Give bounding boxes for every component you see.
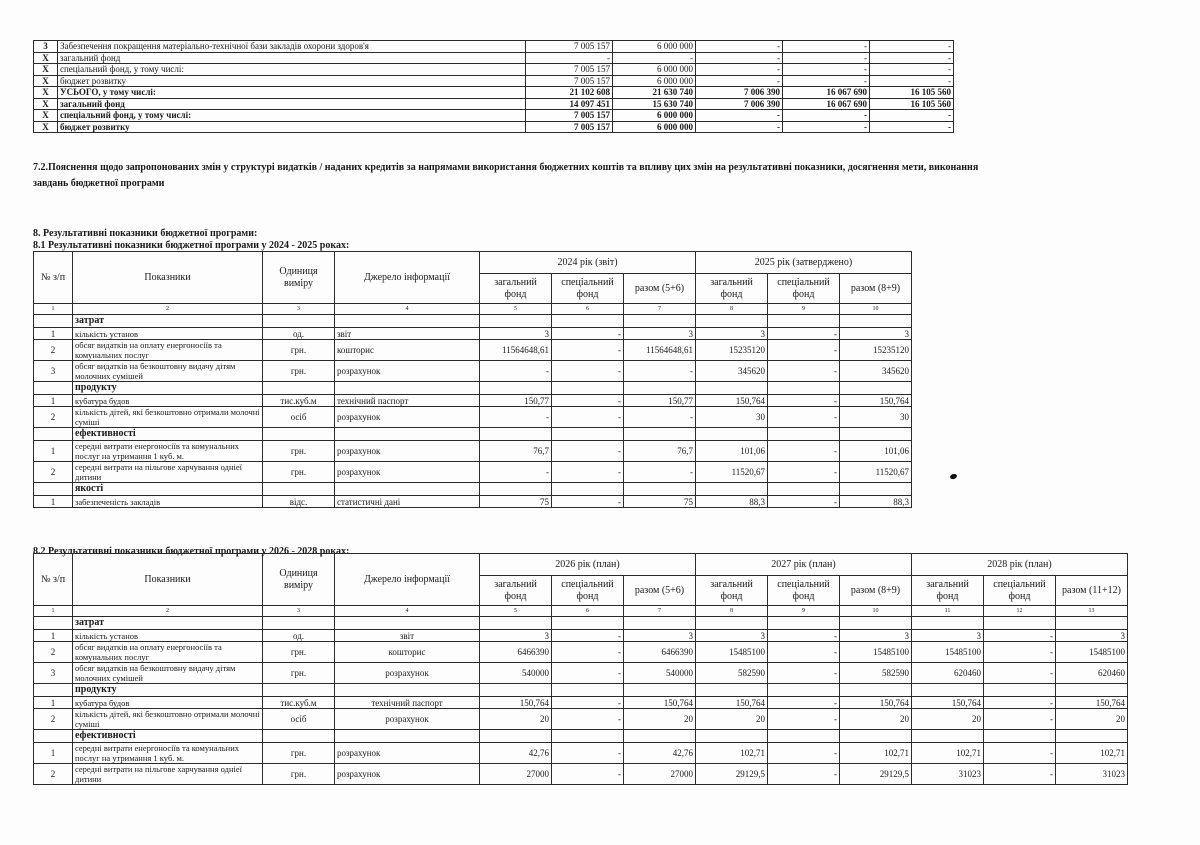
table-row: 1середні витрати енергоносіїв та комунал… xyxy=(34,441,912,462)
category-label: затрат xyxy=(73,617,263,630)
unit: грн. xyxy=(263,340,335,361)
empty-cell xyxy=(696,483,768,496)
amount-cell: 16 105 560 xyxy=(870,98,954,110)
special-fund-header: спеціальний фонд xyxy=(768,274,840,304)
empty-cell xyxy=(768,382,840,395)
amount-cell: - xyxy=(783,52,870,64)
column-number: 7 xyxy=(624,606,696,617)
value-cell: 150,764 xyxy=(840,395,912,407)
row-label: загальний фонд xyxy=(58,98,526,110)
unit: відс. xyxy=(263,496,335,508)
value-cell: 27000 xyxy=(480,764,552,785)
category-label: продукту xyxy=(73,684,263,697)
value-cell: - xyxy=(984,743,1056,764)
value-cell: - xyxy=(768,340,840,361)
row-label: бюджет розвитку xyxy=(58,121,526,133)
value-cell: - xyxy=(768,663,840,684)
value-cell: 6466390 xyxy=(480,642,552,663)
value-cell: 150,764 xyxy=(480,697,552,709)
empty-cell xyxy=(768,428,840,441)
table-row: Хспеціальний фонд, у тому числі:7 005 15… xyxy=(34,64,954,76)
value-cell: 15235120 xyxy=(840,340,912,361)
empty-cell xyxy=(263,730,335,743)
value-cell: 76,7 xyxy=(480,441,552,462)
value-cell: 29129,5 xyxy=(840,764,912,785)
indicator-name: кількість дітей, які безкоштовно отримал… xyxy=(73,709,263,730)
column-number: 3 xyxy=(263,606,335,617)
value-cell: 31023 xyxy=(912,764,984,785)
special-fund-header: спеціальний фонд xyxy=(984,576,1056,606)
value-cell: 150,764 xyxy=(912,697,984,709)
amount-cell: - xyxy=(696,41,783,53)
source: розрахунок xyxy=(335,361,480,382)
empty-cell xyxy=(263,315,335,328)
unit: тис.куб.м xyxy=(263,697,335,709)
value-cell: 11520,67 xyxy=(840,462,912,483)
value-cell: 3 xyxy=(480,328,552,340)
amount-cell: 16 067 690 xyxy=(783,98,870,110)
empty-cell xyxy=(480,382,552,395)
source: звіт xyxy=(335,328,480,340)
value-cell: 30 xyxy=(840,407,912,428)
section-7-2-note: 7.2.Пояснення щодо запропонованих змін у… xyxy=(33,160,983,192)
value-cell: 75 xyxy=(480,496,552,508)
table-row: 3обсяг видатків на безкоштовну видачу ді… xyxy=(34,663,1128,684)
source: технічний паспорт xyxy=(335,697,480,709)
col-unit-header: Одиниця виміру xyxy=(263,554,335,606)
amount-cell: 6 000 000 xyxy=(613,64,696,76)
empty-cell xyxy=(335,730,480,743)
total-header: разом (5+6) xyxy=(624,274,696,304)
indicator-name: середні витрати на пільгове харчування о… xyxy=(73,462,263,483)
amount-cell: 7 005 157 xyxy=(526,75,613,87)
empty-cell xyxy=(696,382,768,395)
value-cell: 20 xyxy=(624,709,696,730)
empty-cell xyxy=(263,617,335,630)
column-number: 7 xyxy=(624,304,696,315)
table-row: Хбюджет розвитку7 005 1576 000 000--- xyxy=(34,121,954,133)
table-row: 3Забезпечення покращення матеріально-тех… xyxy=(34,41,954,53)
row-number: 2 xyxy=(34,462,73,483)
row-number: 3 xyxy=(34,41,58,53)
empty-cell xyxy=(335,483,480,496)
value-cell: 15485100 xyxy=(1056,642,1128,663)
unit: грн. xyxy=(263,462,335,483)
general-fund-header: загальний фонд xyxy=(480,274,552,304)
amount-cell: 7 005 157 xyxy=(526,41,613,53)
value-cell: 3 xyxy=(840,328,912,340)
amount-cell: - xyxy=(783,75,870,87)
table-row: ХУСЬОГО, у тому числі:21 102 60821 630 7… xyxy=(34,87,954,99)
source: розрахунок xyxy=(335,764,480,785)
value-cell: 76,7 xyxy=(624,441,696,462)
empty-cell xyxy=(840,617,912,630)
year-header: 2026 рік (план) xyxy=(480,554,696,576)
indicator-name: обсяг видатків на безкоштовну видачу діт… xyxy=(73,663,263,684)
indicator-name: середні витрати енергоносіїв та комуналь… xyxy=(73,743,263,764)
col-num-header: № з/п xyxy=(34,252,73,304)
general-fund-header: загальний фонд xyxy=(696,274,768,304)
value-cell: 150,764 xyxy=(696,395,768,407)
column-number: 12 xyxy=(984,606,1056,617)
empty-cell xyxy=(768,315,840,328)
value-cell: 3 xyxy=(1056,630,1128,642)
amount-cell: - xyxy=(613,52,696,64)
value-cell: - xyxy=(984,663,1056,684)
special-fund-header: спеціальний фонд xyxy=(552,274,624,304)
value-cell: 3 xyxy=(696,328,768,340)
empty-cell xyxy=(696,617,768,630)
column-number: 6 xyxy=(552,304,624,315)
row-number: 1 xyxy=(34,395,73,407)
unit: грн. xyxy=(263,743,335,764)
amount-cell: - xyxy=(870,75,954,87)
value-cell: - xyxy=(552,407,624,428)
value-cell: 345620 xyxy=(840,361,912,382)
value-cell: - xyxy=(984,642,1056,663)
value-cell: - xyxy=(624,361,696,382)
value-cell: 88,3 xyxy=(840,496,912,508)
empty-cell xyxy=(552,315,624,328)
table-row: Хспеціальний фонд, у тому числі:7 005 15… xyxy=(34,110,954,122)
total-header: разом (8+9) xyxy=(840,576,912,606)
row-number: 2 xyxy=(34,642,73,663)
value-cell: - xyxy=(768,743,840,764)
amount-cell: - xyxy=(870,110,954,122)
category-row: продукту xyxy=(34,382,912,395)
empty-cell xyxy=(480,428,552,441)
source: кошторис xyxy=(335,340,480,361)
table-row: 1 кубатура будовтис.куб.мтехнічний паспо… xyxy=(34,395,912,407)
empty-cell xyxy=(984,684,1056,697)
empty-cell xyxy=(768,483,840,496)
empty-cell xyxy=(768,684,840,697)
column-number: 1 xyxy=(34,304,73,315)
empty-cell xyxy=(624,315,696,328)
category-label: продукту xyxy=(73,382,263,395)
general-fund-header: загальний фонд xyxy=(696,576,768,606)
row-number: Х xyxy=(34,98,58,110)
value-cell: 20 xyxy=(696,709,768,730)
empty-cell xyxy=(34,382,73,395)
indicator-name: обсяг видатків на оплату енергоносіїв та… xyxy=(73,642,263,663)
scan-speck xyxy=(949,473,957,480)
col-source-header: Джерело інформації xyxy=(335,554,480,606)
value-cell: - xyxy=(768,462,840,483)
value-cell: - xyxy=(768,328,840,340)
amount-cell: - xyxy=(696,52,783,64)
empty-cell xyxy=(34,483,73,496)
value-cell: 150,764 xyxy=(840,697,912,709)
empty-cell xyxy=(984,617,1056,630)
empty-cell xyxy=(912,617,984,630)
amount-cell: 16 067 690 xyxy=(783,87,870,99)
row-number: 3 xyxy=(34,361,73,382)
value-cell: - xyxy=(768,395,840,407)
value-cell: 102,71 xyxy=(912,743,984,764)
value-cell: - xyxy=(552,441,624,462)
amount-cell: 7 005 157 xyxy=(526,110,613,122)
amount-cell: 7 005 157 xyxy=(526,64,613,76)
col-source-header: Джерело інформації xyxy=(335,252,480,304)
column-numbers-row: 12345678910 xyxy=(34,304,912,315)
indicator-name: обсяг видатків на безкоштовну видачу діт… xyxy=(73,361,263,382)
value-cell: - xyxy=(624,407,696,428)
empty-cell xyxy=(34,730,73,743)
value-cell: - xyxy=(552,709,624,730)
unit: од. xyxy=(263,328,335,340)
row-label: спеціальний фонд, у тому числі: xyxy=(58,64,526,76)
value-cell: 42,76 xyxy=(480,743,552,764)
value-cell: 15235120 xyxy=(696,340,768,361)
value-cell: - xyxy=(552,496,624,508)
amount-cell: - xyxy=(870,64,954,76)
value-cell: - xyxy=(552,743,624,764)
value-cell: 20 xyxy=(480,709,552,730)
special-fund-header: спеціальний фонд xyxy=(552,576,624,606)
column-number: 9 xyxy=(768,304,840,315)
indicator-name: середні витрати енергоносіїв та комуналь… xyxy=(73,441,263,462)
column-number: 10 xyxy=(840,304,912,315)
general-fund-header: загальний фонд xyxy=(480,576,552,606)
value-cell: - xyxy=(552,642,624,663)
value-cell: 620460 xyxy=(1056,663,1128,684)
source: розрахунок xyxy=(335,441,480,462)
empty-cell xyxy=(480,730,552,743)
unit: грн. xyxy=(263,441,335,462)
row-number: 2 xyxy=(34,764,73,785)
value-cell: - xyxy=(624,462,696,483)
value-cell: 3 xyxy=(624,630,696,642)
source: розрахунок xyxy=(335,407,480,428)
value-cell: 29129,5 xyxy=(696,764,768,785)
value-cell: - xyxy=(768,709,840,730)
empty-cell xyxy=(696,428,768,441)
source: розрахунок xyxy=(335,462,480,483)
table-row: 1забезпеченість закладіввідс.статистичні… xyxy=(34,496,912,508)
value-cell: 20 xyxy=(1056,709,1128,730)
table-row: 1середні витрати енергоносіїв та комунал… xyxy=(34,743,1128,764)
row-number: 3 xyxy=(34,663,73,684)
row-number: Х xyxy=(34,52,58,64)
amount-cell: 16 105 560 xyxy=(870,87,954,99)
empty-cell xyxy=(1056,617,1128,630)
source: статистичні дані xyxy=(335,496,480,508)
value-cell: 20 xyxy=(912,709,984,730)
value-cell: - xyxy=(768,441,840,462)
empty-cell xyxy=(624,684,696,697)
empty-cell xyxy=(34,315,73,328)
value-cell: 540000 xyxy=(480,663,552,684)
performance-table-2026-2028: № з/п Показники Одиниця виміру Джерело і… xyxy=(33,553,1128,785)
amount-cell: 21 102 608 xyxy=(526,87,613,99)
value-cell: - xyxy=(768,407,840,428)
value-cell: 11564648,61 xyxy=(624,340,696,361)
col-num-header: № з/п xyxy=(34,554,73,606)
value-cell: 27000 xyxy=(624,764,696,785)
value-cell: 102,71 xyxy=(696,743,768,764)
empty-cell xyxy=(335,684,480,697)
value-cell: - xyxy=(480,462,552,483)
row-number: 1 xyxy=(34,743,73,764)
value-cell: - xyxy=(552,340,624,361)
col-unit-header: Одиниця виміру xyxy=(263,252,335,304)
empty-cell xyxy=(335,315,480,328)
value-cell: 540000 xyxy=(624,663,696,684)
source: розрахунок xyxy=(335,709,480,730)
table-row: 3обсяг видатків на безкоштовну видачу ді… xyxy=(34,361,912,382)
empty-cell xyxy=(840,382,912,395)
amount-cell: 14 097 451 xyxy=(526,98,613,110)
value-cell: 150,764 xyxy=(624,697,696,709)
empty-cell xyxy=(552,617,624,630)
column-numbers-row: 12345678910111213 xyxy=(34,606,1128,617)
column-number: 2 xyxy=(73,304,263,315)
source: розрахунок xyxy=(335,743,480,764)
row-number: Х xyxy=(34,110,58,122)
column-number: 4 xyxy=(335,304,480,315)
amount-cell: 6 000 000 xyxy=(613,110,696,122)
amount-cell: 6 000 000 xyxy=(613,121,696,133)
empty-cell xyxy=(263,428,335,441)
value-cell: 11520,67 xyxy=(696,462,768,483)
value-cell: - xyxy=(552,663,624,684)
value-cell: 101,06 xyxy=(840,441,912,462)
value-cell: - xyxy=(768,361,840,382)
value-cell: 3 xyxy=(624,328,696,340)
indicator-name: кількість установ xyxy=(73,630,263,642)
column-number: 8 xyxy=(696,304,768,315)
value-cell: - xyxy=(552,630,624,642)
empty-cell xyxy=(768,730,840,743)
row-label: спеціальний фонд, у тому числі: xyxy=(58,110,526,122)
category-row: ефективності xyxy=(34,428,912,441)
year-header: 2024 рік (звіт) xyxy=(480,252,696,274)
row-number: 1 xyxy=(34,630,73,642)
empty-cell xyxy=(840,428,912,441)
empty-cell xyxy=(480,483,552,496)
source: технічний паспорт xyxy=(335,395,480,407)
table-row: 2обсяг видатків на оплату енергоносіїв т… xyxy=(34,340,912,361)
table-row: Хбюджет розвитку7 005 1576 000 000--- xyxy=(34,75,954,87)
empty-cell xyxy=(480,684,552,697)
indicator-name: середні витрати на пільгове харчування о… xyxy=(73,764,263,785)
value-cell: 42,76 xyxy=(624,743,696,764)
unit: осіб xyxy=(263,709,335,730)
amount-cell: - xyxy=(783,41,870,53)
source: кошторис xyxy=(335,642,480,663)
value-cell: 3 xyxy=(480,630,552,642)
amount-cell: - xyxy=(783,121,870,133)
value-cell: - xyxy=(984,630,1056,642)
empty-cell xyxy=(552,428,624,441)
col-indicators-header: Показники xyxy=(73,252,263,304)
table-row: 1кількість установод.звіт3-33-33-3 xyxy=(34,630,1128,642)
empty-cell xyxy=(552,483,624,496)
value-cell: - xyxy=(552,328,624,340)
table-row: Хзагальний фонд----- xyxy=(34,52,954,64)
empty-cell xyxy=(696,315,768,328)
value-cell: - xyxy=(984,697,1056,709)
row-label: Забезпечення покращення матеріально-техн… xyxy=(58,41,526,53)
category-row: ефективності xyxy=(34,730,1128,743)
value-cell: - xyxy=(984,764,1056,785)
value-cell: 582590 xyxy=(696,663,768,684)
amount-cell: - xyxy=(696,64,783,76)
total-header: разом (5+6) xyxy=(624,576,696,606)
empty-cell xyxy=(34,428,73,441)
value-cell: 6466390 xyxy=(624,642,696,663)
amount-cell: 6 000 000 xyxy=(613,41,696,53)
empty-cell xyxy=(840,684,912,697)
indicator-name: кількість дітей, які безкоштовно отримал… xyxy=(73,407,263,428)
column-number: 10 xyxy=(840,606,912,617)
amount-cell: - xyxy=(526,52,613,64)
empty-cell xyxy=(624,617,696,630)
value-cell: 102,71 xyxy=(1056,743,1128,764)
row-label: УСЬОГО, у тому числі: xyxy=(58,87,526,99)
row-number: 2 xyxy=(34,709,73,730)
row-number: 1 xyxy=(34,441,73,462)
empty-cell xyxy=(552,684,624,697)
amount-cell: 6 000 000 xyxy=(613,75,696,87)
value-cell: - xyxy=(552,697,624,709)
source: розрахунок xyxy=(335,663,480,684)
table-row: 2обсяг видатків на оплату енергоносіїв т… xyxy=(34,642,1128,663)
value-cell: 15485100 xyxy=(912,642,984,663)
category-label: якості xyxy=(73,483,263,496)
empty-cell xyxy=(624,428,696,441)
column-number: 1 xyxy=(34,606,73,617)
value-cell: - xyxy=(768,697,840,709)
performance-table-2024-2025: № з/п Показники Одиниця виміру Джерело і… xyxy=(33,251,912,508)
value-cell: - xyxy=(480,407,552,428)
value-cell: 20 xyxy=(840,709,912,730)
value-cell: 75 xyxy=(624,496,696,508)
table-row: 2кількість дітей, які безкоштовно отрима… xyxy=(34,407,912,428)
value-cell: 3 xyxy=(696,630,768,642)
category-row: затрат xyxy=(34,617,1128,630)
empty-cell xyxy=(552,730,624,743)
empty-cell xyxy=(34,684,73,697)
amount-cell: - xyxy=(870,52,954,64)
column-number: 2 xyxy=(73,606,263,617)
value-cell: - xyxy=(552,764,624,785)
value-cell: - xyxy=(768,630,840,642)
value-cell: 102,71 xyxy=(840,743,912,764)
row-number: 2 xyxy=(34,340,73,361)
value-cell: 31023 xyxy=(1056,764,1128,785)
unit: тис.куб.м xyxy=(263,395,335,407)
amount-cell: - xyxy=(783,64,870,76)
column-number: 4 xyxy=(335,606,480,617)
column-number: 5 xyxy=(480,606,552,617)
amount-cell: 7 005 157 xyxy=(526,121,613,133)
empty-cell xyxy=(624,483,696,496)
category-row: затрат xyxy=(34,315,912,328)
empty-cell xyxy=(912,684,984,697)
row-number: 2 xyxy=(34,407,73,428)
value-cell: 150,764 xyxy=(1056,697,1128,709)
value-cell: 88,3 xyxy=(696,496,768,508)
value-cell: - xyxy=(552,361,624,382)
empty-cell xyxy=(263,483,335,496)
amount-cell: - xyxy=(696,75,783,87)
value-cell: 150,764 xyxy=(696,697,768,709)
amount-cell: 7 006 390 xyxy=(696,98,783,110)
column-number: 5 xyxy=(480,304,552,315)
year-header: 2028 рік (план) xyxy=(912,554,1128,576)
